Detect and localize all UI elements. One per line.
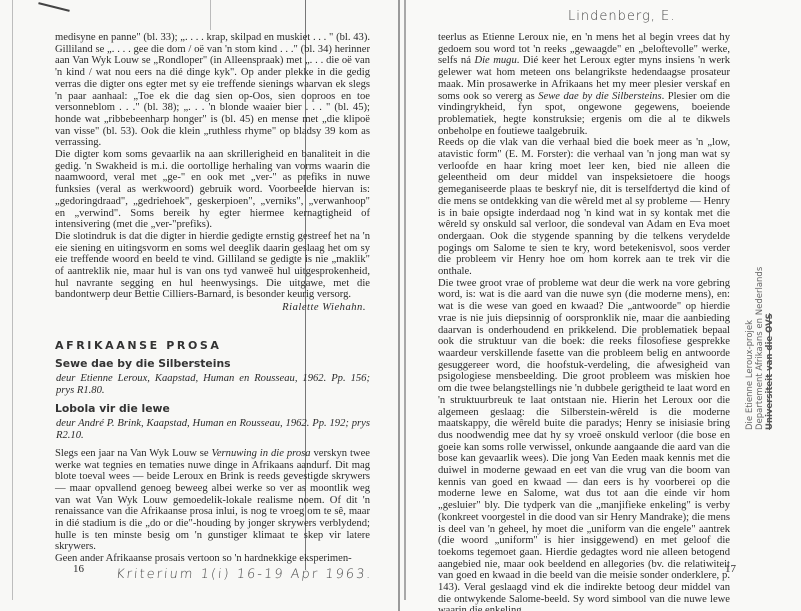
pen-mark (38, 2, 70, 12)
scan-edge-line (404, 0, 406, 600)
paragraph: Die digter kom soms gevaarlik na aan skr… (55, 149, 370, 231)
scan-edge-line (12, 0, 13, 600)
book-title: Sewe dae by die Silbersteins (55, 358, 370, 370)
review-paragraph: Slegs een jaar na Van Wyk Louw se Vernuw… (55, 448, 370, 553)
paragraph: Geen ander Afrikaanse prosais vertoon so… (55, 553, 370, 565)
italic-title: Vernuwing in die prosa (212, 448, 311, 459)
italic-title: Die mugu (474, 55, 516, 66)
reviewer-signature: Rialette Wiehahn. (55, 302, 370, 314)
text-run: verskyn twee werke wat tegnies en temati… (55, 448, 370, 553)
left-page: medisyne en panne" (bl. 33); „. . . . kr… (0, 0, 400, 611)
page-number: 17 (725, 563, 736, 575)
section-heading: AFRIKAANSE PROSA (55, 340, 370, 352)
left-page-text-column: medisyne en panne" (bl. 33); „. . . . kr… (55, 32, 370, 565)
paragraph: medisyne en panne" (bl. 33); „. . . . kr… (55, 32, 370, 149)
stamp-line: Universiteit van die OVS (765, 110, 775, 430)
scan-artifact-line (210, 0, 211, 30)
paragraph: Die slotindruk is dat die digter in hier… (55, 231, 370, 301)
scanned-page-spread: medisyne en panne" (bl. 33); „. . . . kr… (0, 0, 801, 611)
book-publication-details: deur André P. Brink, Kaapstad, Human en … (56, 418, 370, 441)
handwritten-author-name: Lindenberg, E. (568, 9, 675, 24)
italic-title: Sewe dae by die Silbersteins (538, 91, 661, 102)
right-page-text-column: teerlus as Etienne Leroux nie, en 'n men… (438, 32, 730, 611)
book-title: Lobola vir die lewe (55, 403, 370, 415)
paragraph: teerlus as Etienne Leroux nie, en 'n men… (438, 32, 730, 137)
handwritten-citation: Kriterium 1(i) 16-19 Apr 1963. (115, 567, 373, 582)
stamp-line: Departement Afrikaans en Nederlands (755, 110, 765, 430)
book-publication-details: deur Etienne Leroux, Kaapstad, Human en … (56, 373, 370, 396)
text-run: Slegs een jaar na Van Wyk Louw se (55, 448, 212, 459)
paragraph: Reeds op die vlak van die verhaal bied d… (438, 137, 730, 277)
page-number: 16 (73, 563, 84, 575)
archive-stamp: Die Etienne Leroux-projek Departement Af… (745, 110, 775, 430)
paragraph: Die twee groot vrae of probleme wat deur… (438, 278, 730, 611)
stamp-line: Die Etienne Leroux-projek (745, 110, 755, 430)
